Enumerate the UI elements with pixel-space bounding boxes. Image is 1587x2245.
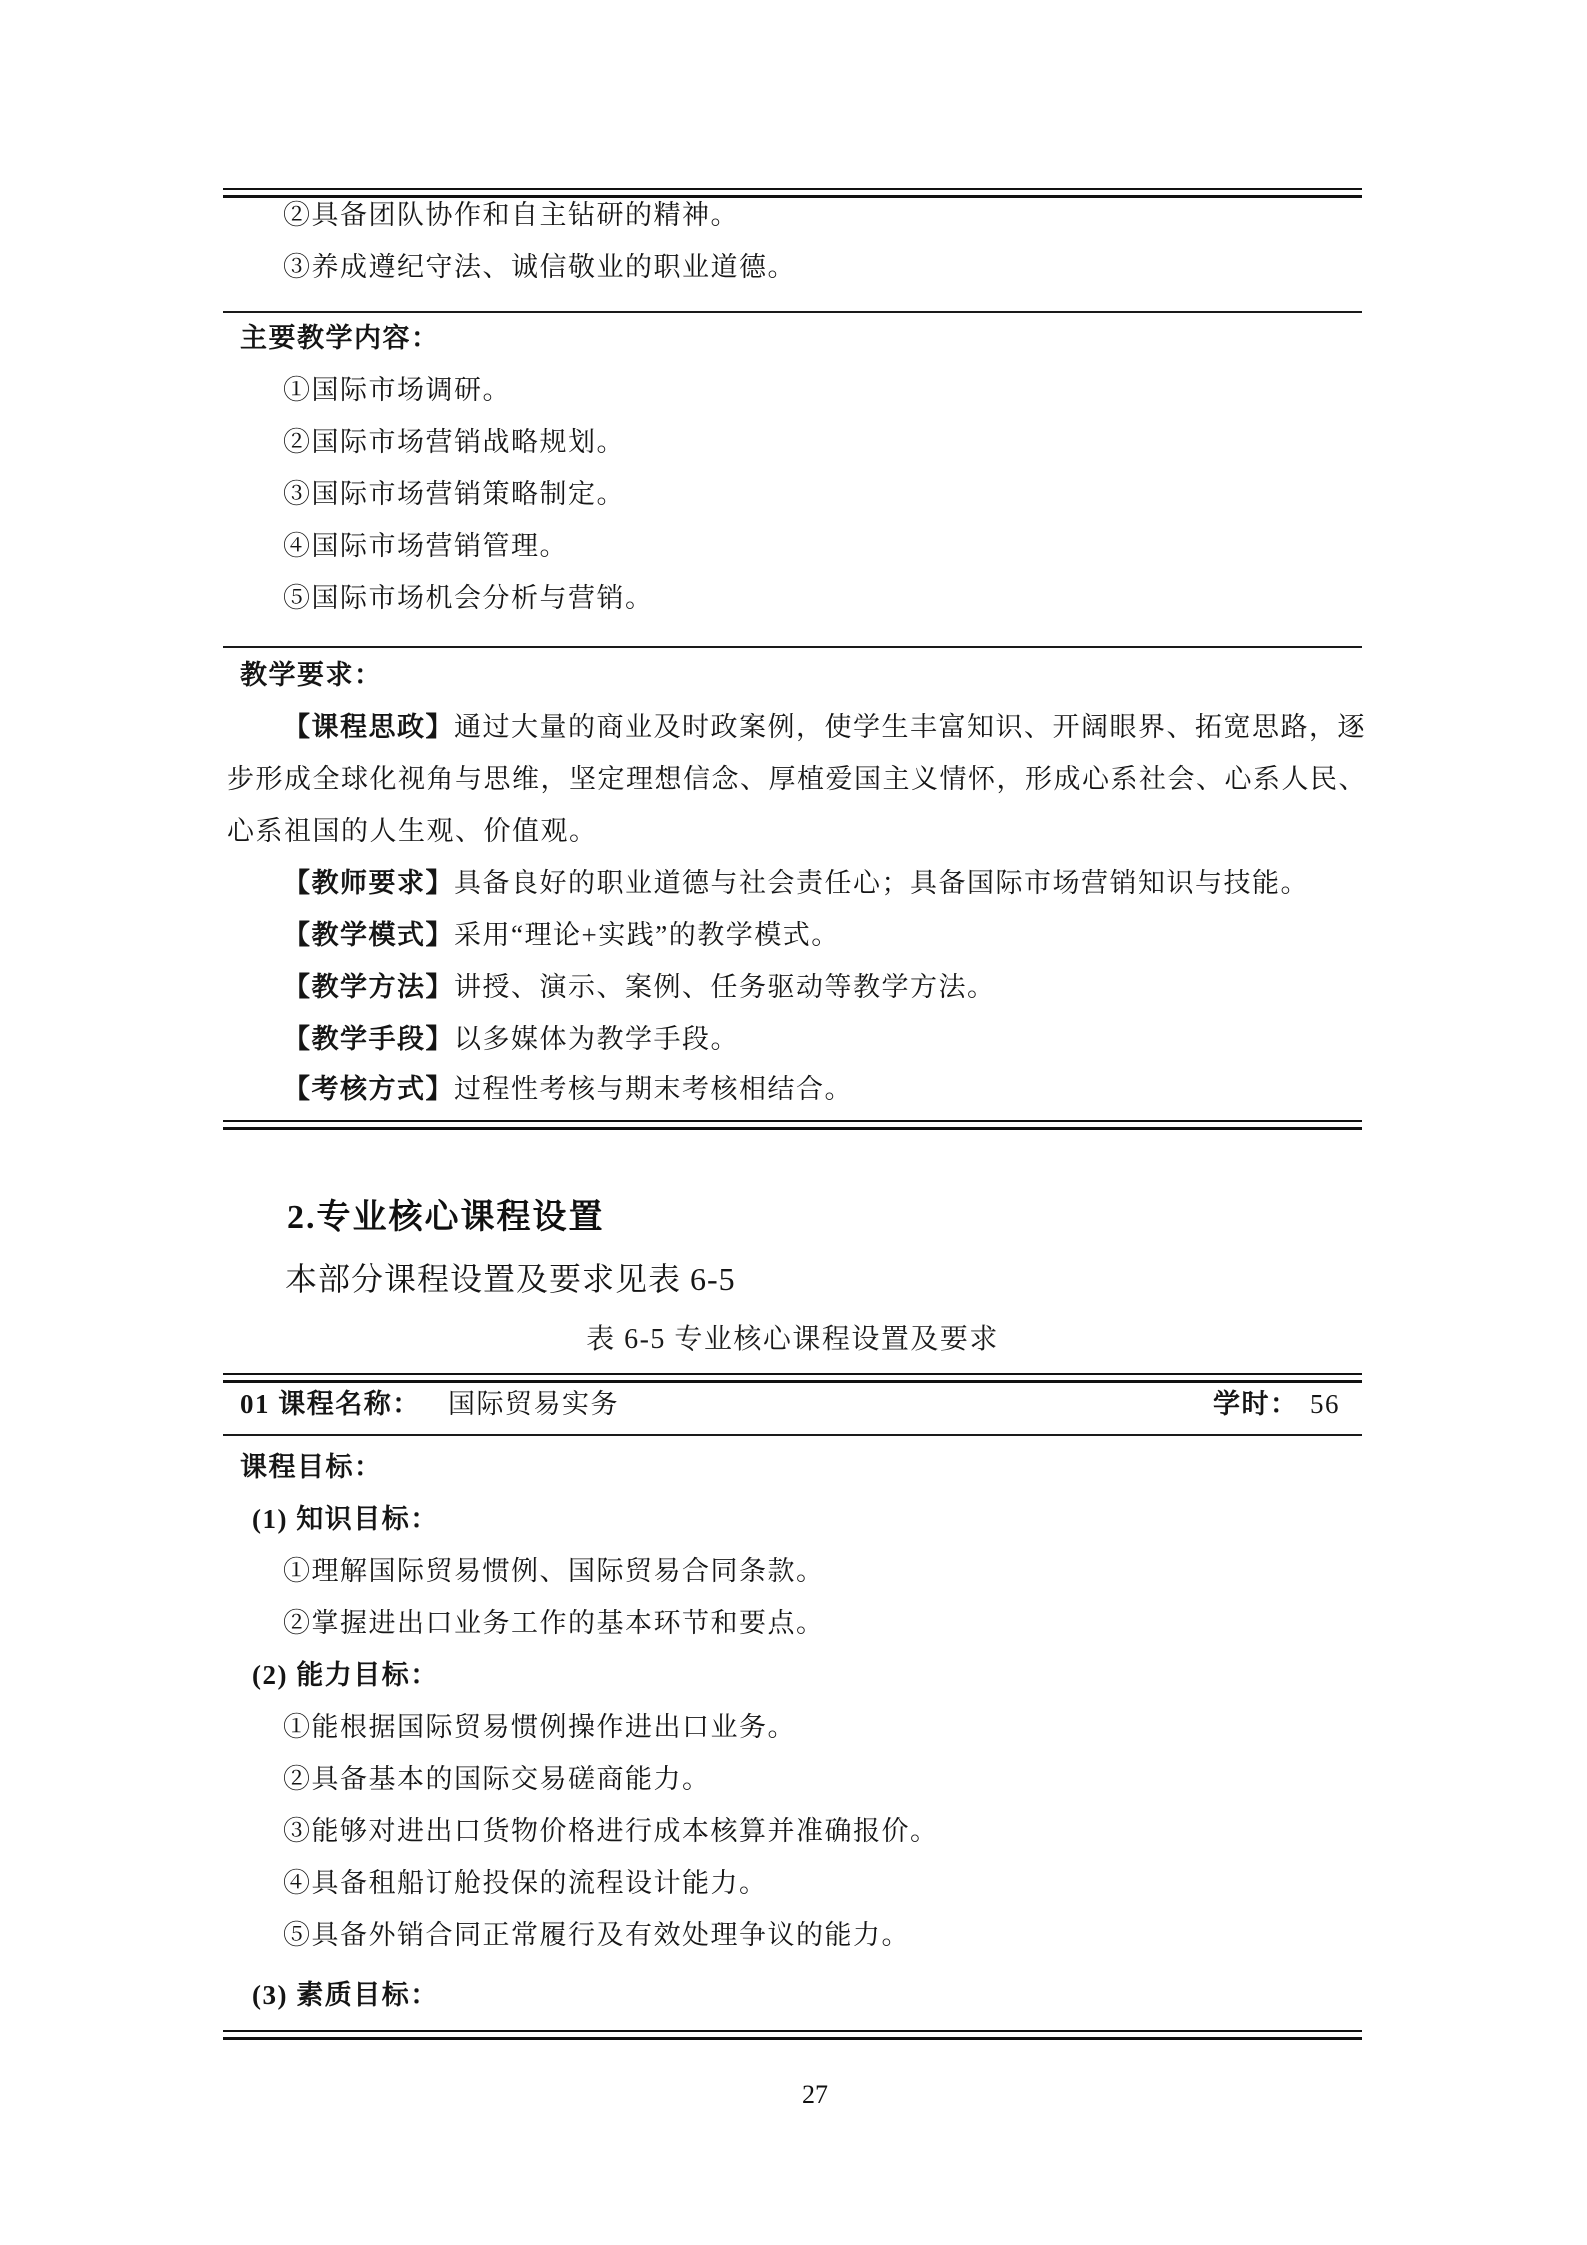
require-item-tag: 【课程思政】 — [283, 712, 454, 742]
require-item-mode: 【教学模式】采用“理论+实践”的教学模式。 — [283, 917, 840, 953]
ability-goal-item: ③能够对进出口货物价格进行成本核算并准确报价。 — [283, 1813, 939, 1849]
require-item-ideology: 【课程思政】通过大量的商业及时政案例，使学生丰富知识、开阔眼界、拓宽思路，逐 — [283, 709, 1366, 745]
require-item-text: 以多媒体为教学手段。 — [454, 1024, 739, 1054]
require-item-text: 采用“理论+实践”的教学模式。 — [454, 920, 840, 950]
teaching-content-item: ①国际市场调研。 — [283, 372, 511, 408]
ability-goal-item: ④具备租船订舱投保的流程设计能力。 — [283, 1865, 768, 1901]
course-name-value: 国际贸易实务 — [448, 1386, 619, 1422]
table1-row-border — [223, 646, 1362, 648]
ability-goal-label: (2) 能力目标： — [252, 1657, 439, 1693]
table1-row-border — [223, 311, 1362, 313]
knowledge-goal-label: (1) 知识目标： — [252, 1501, 439, 1537]
teaching-require-label: 教学要求： — [240, 657, 383, 693]
knowledge-goal-item: ②掌握进出口业务工作的基本环节和要点。 — [283, 1605, 825, 1641]
quality-goal-label: (3) 素质目标： — [252, 1977, 439, 2013]
require-item-text: 步形成全球化视角与思维，坚定理想信念、厚植爱国主义情怀，形成心系社会、心系人民、 — [227, 764, 1367, 794]
course-objective-label: 课程目标： — [240, 1449, 383, 1485]
teaching-content-label: 主要教学内容： — [240, 320, 440, 356]
table-caption: 表 6-5 专业核心课程设置及要求 — [223, 1322, 1362, 1358]
knowledge-goal-item: ①理解国际贸易惯例、国际贸易合同条款。 — [283, 1553, 825, 1589]
require-item-wrap: 心系祖国的人生观、价值观。 — [227, 813, 598, 849]
require-item-method: 【教学方法】讲授、演示、案例、任务驱动等教学方法。 — [283, 969, 996, 1005]
course-no-label: 01 课程名称： — [240, 1386, 421, 1422]
document-page: ②具备团队协作和自主钻研的精神。 ③养成遵纪守法、诚信敬业的职业道德。 主要教学… — [0, 0, 1587, 2245]
teaching-content-item: ②国际市场营销战略规划。 — [283, 424, 625, 460]
page-number: 27 — [0, 2077, 1587, 2113]
teaching-content-item: ④国际市场营销管理。 — [283, 528, 568, 564]
table2-top-border — [223, 1373, 1362, 1383]
section-heading: 2.专业核心课程设置 — [287, 1196, 605, 1240]
ability-goal-item: ②具备基本的国际交易磋商能力。 — [283, 1761, 711, 1797]
require-item-text: 讲授、演示、案例、任务驱动等教学方法。 — [454, 972, 996, 1002]
table1-bottom-border — [223, 1120, 1362, 1130]
require-item-teacher: 【教师要求】具备良好的职业道德与社会责任心；具备国际市场营销知识与技能。 — [283, 865, 1309, 901]
section-intro: 本部分课程设置及要求见表 6-5 — [285, 1259, 736, 1299]
require-item-text: 过程性考核与期末考核相结合。 — [454, 1074, 853, 1104]
require-item-assess: 【考核方式】过程性考核与期末考核相结合。 — [283, 1071, 853, 1107]
require-item-text: 通过大量的商业及时政案例，使学生丰富知识、开阔眼界、拓宽思路，逐 — [454, 712, 1366, 742]
require-item-means: 【教学手段】以多媒体为教学手段。 — [283, 1021, 739, 1057]
table2-bottom-border — [223, 2030, 1362, 2040]
hours-label: 学时： — [1213, 1386, 1299, 1422]
require-item-tag: 【教学模式】 — [283, 920, 454, 950]
require-item-wrap: 步形成全球化视角与思维，坚定理想信念、厚植爱国主义情怀，形成心系社会、心系人民、 — [227, 761, 1367, 797]
require-item-text: 心系祖国的人生观、价值观。 — [227, 816, 598, 846]
require-item-tag: 【教师要求】 — [283, 868, 454, 898]
require-item-tag: 【教学手段】 — [283, 1024, 454, 1054]
table2-row-border — [223, 1434, 1362, 1436]
ability-goal-item: ①能根据国际贸易惯例操作进出口业务。 — [283, 1709, 796, 1745]
quality-goal-item: ③养成遵纪守法、诚信敬业的职业道德。 — [283, 249, 796, 285]
require-item-text: 具备良好的职业道德与社会责任心；具备国际市场营销知识与技能。 — [454, 868, 1309, 898]
hours-value: 56 — [1310, 1386, 1340, 1422]
require-item-tag: 【考核方式】 — [283, 1074, 454, 1104]
quality-goal-item: ②具备团队协作和自主钻研的精神。 — [283, 197, 739, 233]
teaching-content-item: ⑤国际市场机会分析与营销。 — [283, 580, 654, 616]
ability-goal-item: ⑤具备外销合同正常履行及有效处理争议的能力。 — [283, 1917, 910, 1953]
require-item-tag: 【教学方法】 — [283, 972, 454, 1002]
teaching-content-item: ③国际市场营销策略制定。 — [283, 476, 625, 512]
